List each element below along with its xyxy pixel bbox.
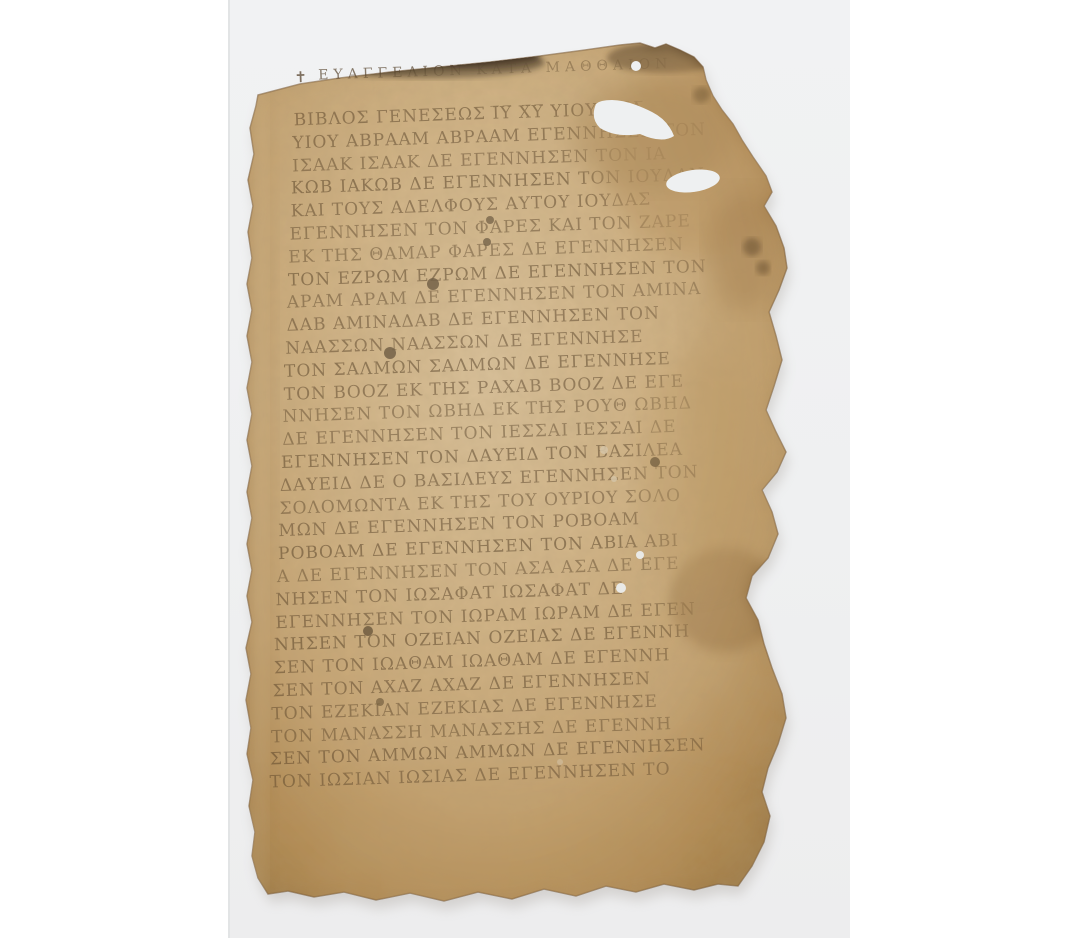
manuscript-leaf-photo: ✝ ΕΥΑΓΓΕΛΙΟΝ ΚΑΤΑ ΜΑΘΘΑΙΟΝ ΒΙΒΛΟΣ ΓΕΝΕΣΕ… [0,0,1072,938]
photo-stage: ✝ ΕΥΑΓΓΕΛΙΟΝ ΚΑΤΑ ΜΑΘΘΑΙΟΝ ΒΙΒΛΟΣ ΓΕΝΕΣΕ… [0,0,1072,938]
